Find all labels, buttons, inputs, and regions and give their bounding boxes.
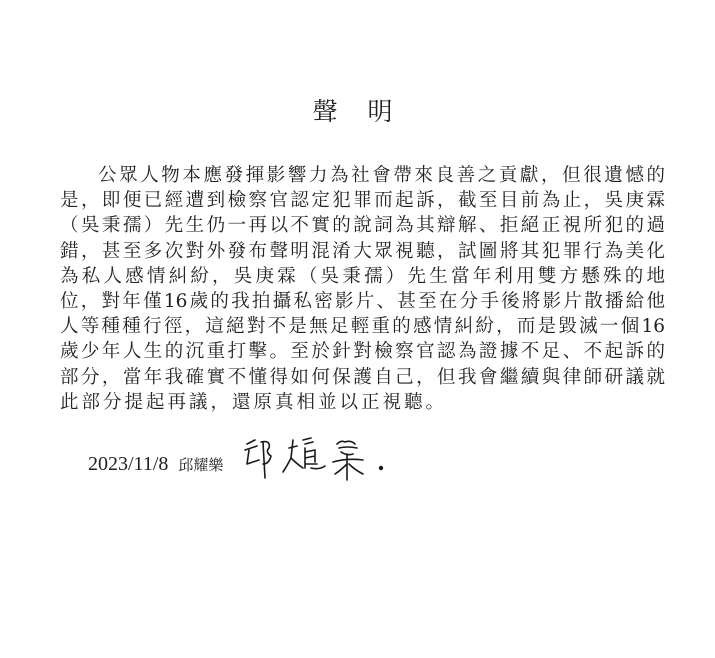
statement-body: 公眾人物本應發揮影響力為社會帶來良善之貢獻，但很遺憾的 是，即便已經遭到檢察官認… [60, 163, 665, 415]
body-line: 部分，當年我確實不懂得如何保護自己，但我會繼續與律師研議就 [60, 365, 665, 390]
body-line: 錯，甚至多次對外發布聲明混淆大眾視聽，試圖將其犯罪行為美化 [60, 239, 665, 264]
document-title: 聲明 [0, 92, 715, 128]
body-line: 是，即便已經遭到檢察官認定犯罪而起訴，截至目前為止，吳庚霖 [60, 188, 665, 213]
printed-name: 邱耀樂 [178, 454, 223, 475]
statement-date: 2023/11/8 [88, 453, 168, 476]
signature-block: 2023/11/8 邱耀樂 [88, 440, 411, 488]
body-line: 位，對年僅16歲的我拍攝私密影片、甚至在分手後將影片散播給他 [60, 289, 665, 314]
body-line: 為私人感情糾紛，吳庚霖（吳秉孺）先生當年利用雙方懸殊的地 [60, 264, 665, 289]
body-line: 公眾人物本應發揮影響力為社會帶來良善之貢獻，但很遺憾的 [60, 163, 665, 188]
body-line: 歲少年人生的沉重打擊。至於針對檢察官認為證據不足、不起訴的 [60, 339, 665, 364]
body-line: 人等種種行徑，這絕對不是無足輕重的感情糾紛，而是毀滅一個16 [60, 314, 665, 339]
body-line: 此部分提起再議，還原真相並以正視聽。 [60, 390, 665, 415]
handwritten-signature-icon [241, 434, 411, 488]
body-line: （吳秉孺）先生仍一再以不實的說詞為其辯解、拒絕正視所犯的過 [60, 213, 665, 238]
